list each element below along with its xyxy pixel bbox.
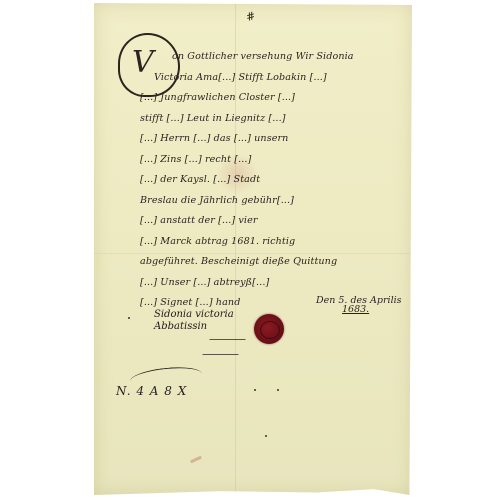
manuscript-page: # V on Gottlicher versehung Wir Sidonia …	[94, 3, 412, 495]
top-mark: #	[244, 9, 256, 24]
signature-title: Abbatissin	[154, 321, 234, 333]
ink-dot	[265, 435, 267, 437]
signature-flourish	[202, 339, 245, 355]
document-year: 1683.	[342, 304, 369, 315]
body-line: Victoria Ama[...] Stifft Lobakin [...]	[154, 68, 409, 89]
ink-dot	[254, 389, 256, 391]
wax-seal	[254, 314, 284, 344]
body-line: [...] Zins [...] recht [...]	[140, 150, 409, 171]
body-line: Breslau die Jährlich gebühr[...]	[140, 191, 409, 212]
body-line: [...] der Kaysl. [...] Stadt	[140, 170, 409, 191]
body-line: [...] Jungfrawlichen Closter [...]	[140, 88, 409, 109]
document-body: on Gottlicher versehung Wir Sidonia Vict…	[154, 47, 409, 314]
initial-letter: V	[132, 45, 154, 80]
body-line: [...] Unser [...] abtreyß[...]	[140, 273, 409, 294]
seal-emblem	[260, 321, 280, 339]
body-line: abgeführet. Bescheinigt dieße Quittung	[140, 252, 409, 273]
archive-note: N. 4 A 8 X	[116, 384, 187, 398]
body-line: [...] Marck abtrag 1681. richtig	[140, 232, 409, 253]
body-line: on Gottlicher versehung Wir Sidonia	[154, 47, 409, 68]
ink-dot	[277, 389, 279, 391]
ink-dot	[128, 317, 130, 319]
signature-name: Sidonia victoria	[154, 309, 234, 321]
paper-mark	[190, 456, 202, 464]
body-line: stifft [...] Leut in Liegnitz [...]	[140, 109, 409, 130]
signature-block: Sidonia victoria Abbatissin	[154, 309, 234, 333]
body-line: [...] anstatt der [...] vier	[140, 211, 409, 232]
body-line: [...] Herrn [...] das [...] unsern	[140, 129, 409, 150]
